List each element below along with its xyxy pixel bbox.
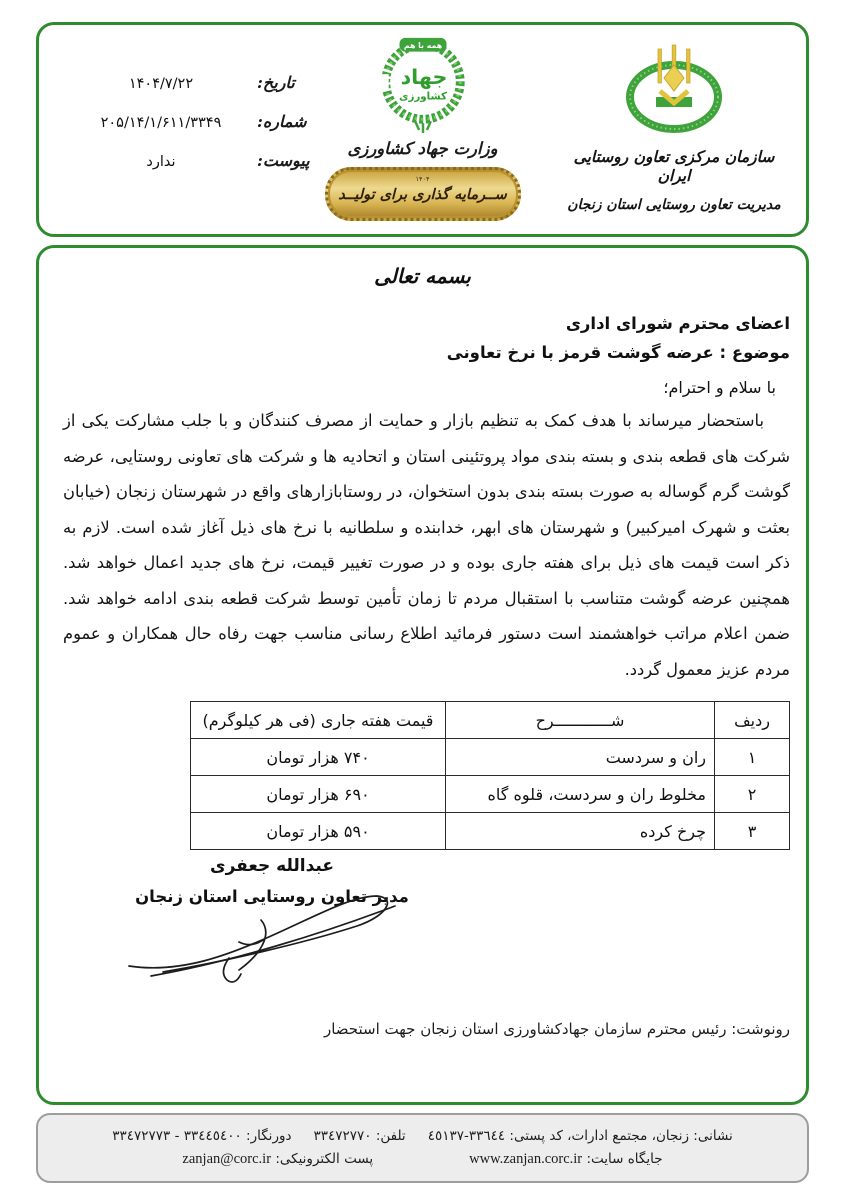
footer-address-line: نشانی: زنجان، مجتمع ادارات، کد پستی: ٤٥١… (112, 1128, 732, 1144)
letter-meta: تاریخ: ۱۴۰۴/۷/۲۲ شماره: ۲۰۵/۱۴/۱/۶۱۱/۳۳۴… (65, 73, 313, 190)
letter-body-text: باستحضار میرساند با هدف کمک به تنظیم باز… (63, 403, 790, 687)
svg-text:کشاورزی: کشاورزی (399, 91, 447, 103)
ministry-block: همه با هم جهاد کشاورزی وزارت جهاد کشاورز… (303, 33, 543, 221)
letterhead: تاریخ: ۱۴۰۴/۷/۲۲ شماره: ۲۰۵/۱۴/۱/۶۱۱/۳۳۴… (36, 22, 809, 237)
signer-title: مدیر تعاون روستایی استان زنجان (117, 887, 427, 906)
phone-text: تلفن: ٣٣٤٧٢٧٧٠ (314, 1128, 406, 1144)
table-row: ۱ ران و سردست ۷۴۰ هزار تومان (191, 739, 790, 776)
price-table: ردیف شــــــــــــرح قیمت هفته جاری (فی … (190, 701, 790, 850)
attachment-value: ندارد (65, 154, 257, 170)
website-url: www.zanjan.corc.ir (469, 1151, 582, 1168)
row-index: ۲ (715, 776, 790, 813)
handwritten-signature-icon (111, 862, 431, 992)
website-text: جایگاه سایت: www.zanjan.corc.ir (469, 1151, 662, 1168)
email-text: پست الکترونیکی: zanjan@corc.ir (182, 1151, 373, 1168)
organization-block: سازمان مرکزی تعاون روستایی ایران مدیریت … (556, 39, 792, 213)
header-weekly-price: قیمت هفته جاری (فی هر کیلوگرم) (191, 702, 446, 739)
row-price: ۵۹۰ هزار تومان (191, 813, 446, 850)
email-address: zanjan@corc.ir (182, 1151, 271, 1168)
footer-web-line: جایگاه سایت: www.zanjan.corc.ir پست الکت… (182, 1151, 662, 1168)
signature-block: عبدالله جعفری مدیر تعاون روستایی استان ز… (117, 856, 427, 906)
ministry-name: وزارت جهاد کشاورزی (303, 139, 543, 158)
row-index: ۳ (715, 813, 790, 850)
year-slogan-badge: ۱۴۰۴ ســرمایه گذاری برای تولیــد (325, 167, 521, 221)
header-description: شــــــــــــرح (446, 702, 715, 739)
row-description: ران و سردست (446, 739, 715, 776)
row-price: ۷۴۰ هزار تومان (191, 739, 446, 776)
recipient-line: اعضای محترم شورای اداری (63, 314, 790, 333)
slogan-text: ســرمایه گذاری برای تولیــد (338, 186, 507, 203)
jihad-agriculture-logo-icon: همه با هم جهاد کشاورزی (374, 33, 472, 133)
phone-number: ٣٣٤٧٢٧٧٠ (314, 1128, 372, 1144)
table-row: ۳ چرخ کرده ۵۹۰ هزار تومان (191, 813, 790, 850)
table-row: ۲ مخلوط ران و سردست، قلوه گاه ۶۹۰ هزار ت… (191, 776, 790, 813)
fax-text: دورنگار: ٣٣٤٧٢٧٧٣ - ٣٣٤٤٥٤٠٠ (112, 1128, 291, 1144)
signer-name: عبدالله جعفری (117, 856, 427, 876)
organization-name: سازمان مرکزی تعاون روستایی ایران (556, 147, 792, 185)
date-row: تاریخ: ۱۴۰۴/۷/۲۲ (65, 73, 313, 92)
organization-branch: مدیریت تعاون روستایی استان زنجان (556, 197, 792, 213)
row-description: چرخ کرده (446, 813, 715, 850)
besmeleh: بسمه تعالی (39, 264, 806, 288)
slogan-year: ۱۴۰۴ (416, 175, 430, 183)
table-header-row: ردیف شــــــــــــرح قیمت هفته جاری (فی … (191, 702, 790, 739)
subject-line: موضوع : عرضه گوشت قرمز با نرخ تعاونی (63, 343, 790, 362)
letter-page: تاریخ: ۱۴۰۴/۷/۲۲ شماره: ۲۰۵/۱۴/۱/۶۱۱/۳۳۴… (0, 0, 848, 1200)
number-row: شماره: ۲۰۵/۱۴/۱/۶۱۱/۳۳۴۹ (65, 112, 313, 131)
rural-cooperative-logo-icon (616, 39, 732, 135)
attachment-row: پیوست: ندارد (65, 151, 313, 170)
letter-body-box: بسمه تعالی اعضای محترم شورای اداری موضوع… (36, 245, 809, 1105)
fax-number: ٣٣٤٧٢٧٧٣ - ٣٣٤٤٥٤٠٠ (112, 1128, 241, 1144)
postal-code: ٤٥١٣٧-٣٣٦٤٤ (428, 1128, 505, 1144)
row-index: ۱ (715, 739, 790, 776)
date-value: ۱۴۰۴/۷/۲۲ (65, 76, 257, 92)
carbon-copy-line: رونوشت: رئیس محترم سازمان جهادکشاورزی اس… (324, 1020, 790, 1038)
number-value: ۲۰۵/۱۴/۱/۶۱۱/۳۳۴۹ (65, 115, 257, 131)
footer-contact-box: نشانی: زنجان، مجتمع ادارات، کد پستی: ٤٥١… (36, 1113, 809, 1183)
svg-text:جهاد: جهاد (400, 65, 447, 89)
row-description: مخلوط ران و سردست، قلوه گاه (446, 776, 715, 813)
salutation-line: با سلام و احترام؛ (63, 378, 790, 397)
address-text: نشانی: زنجان، مجتمع ادارات، کد پستی: ٤٥١… (428, 1128, 733, 1144)
row-price: ۶۹۰ هزار تومان (191, 776, 446, 813)
svg-text:همه با هم: همه با هم (403, 41, 441, 50)
header-row-number: ردیف (715, 702, 790, 739)
